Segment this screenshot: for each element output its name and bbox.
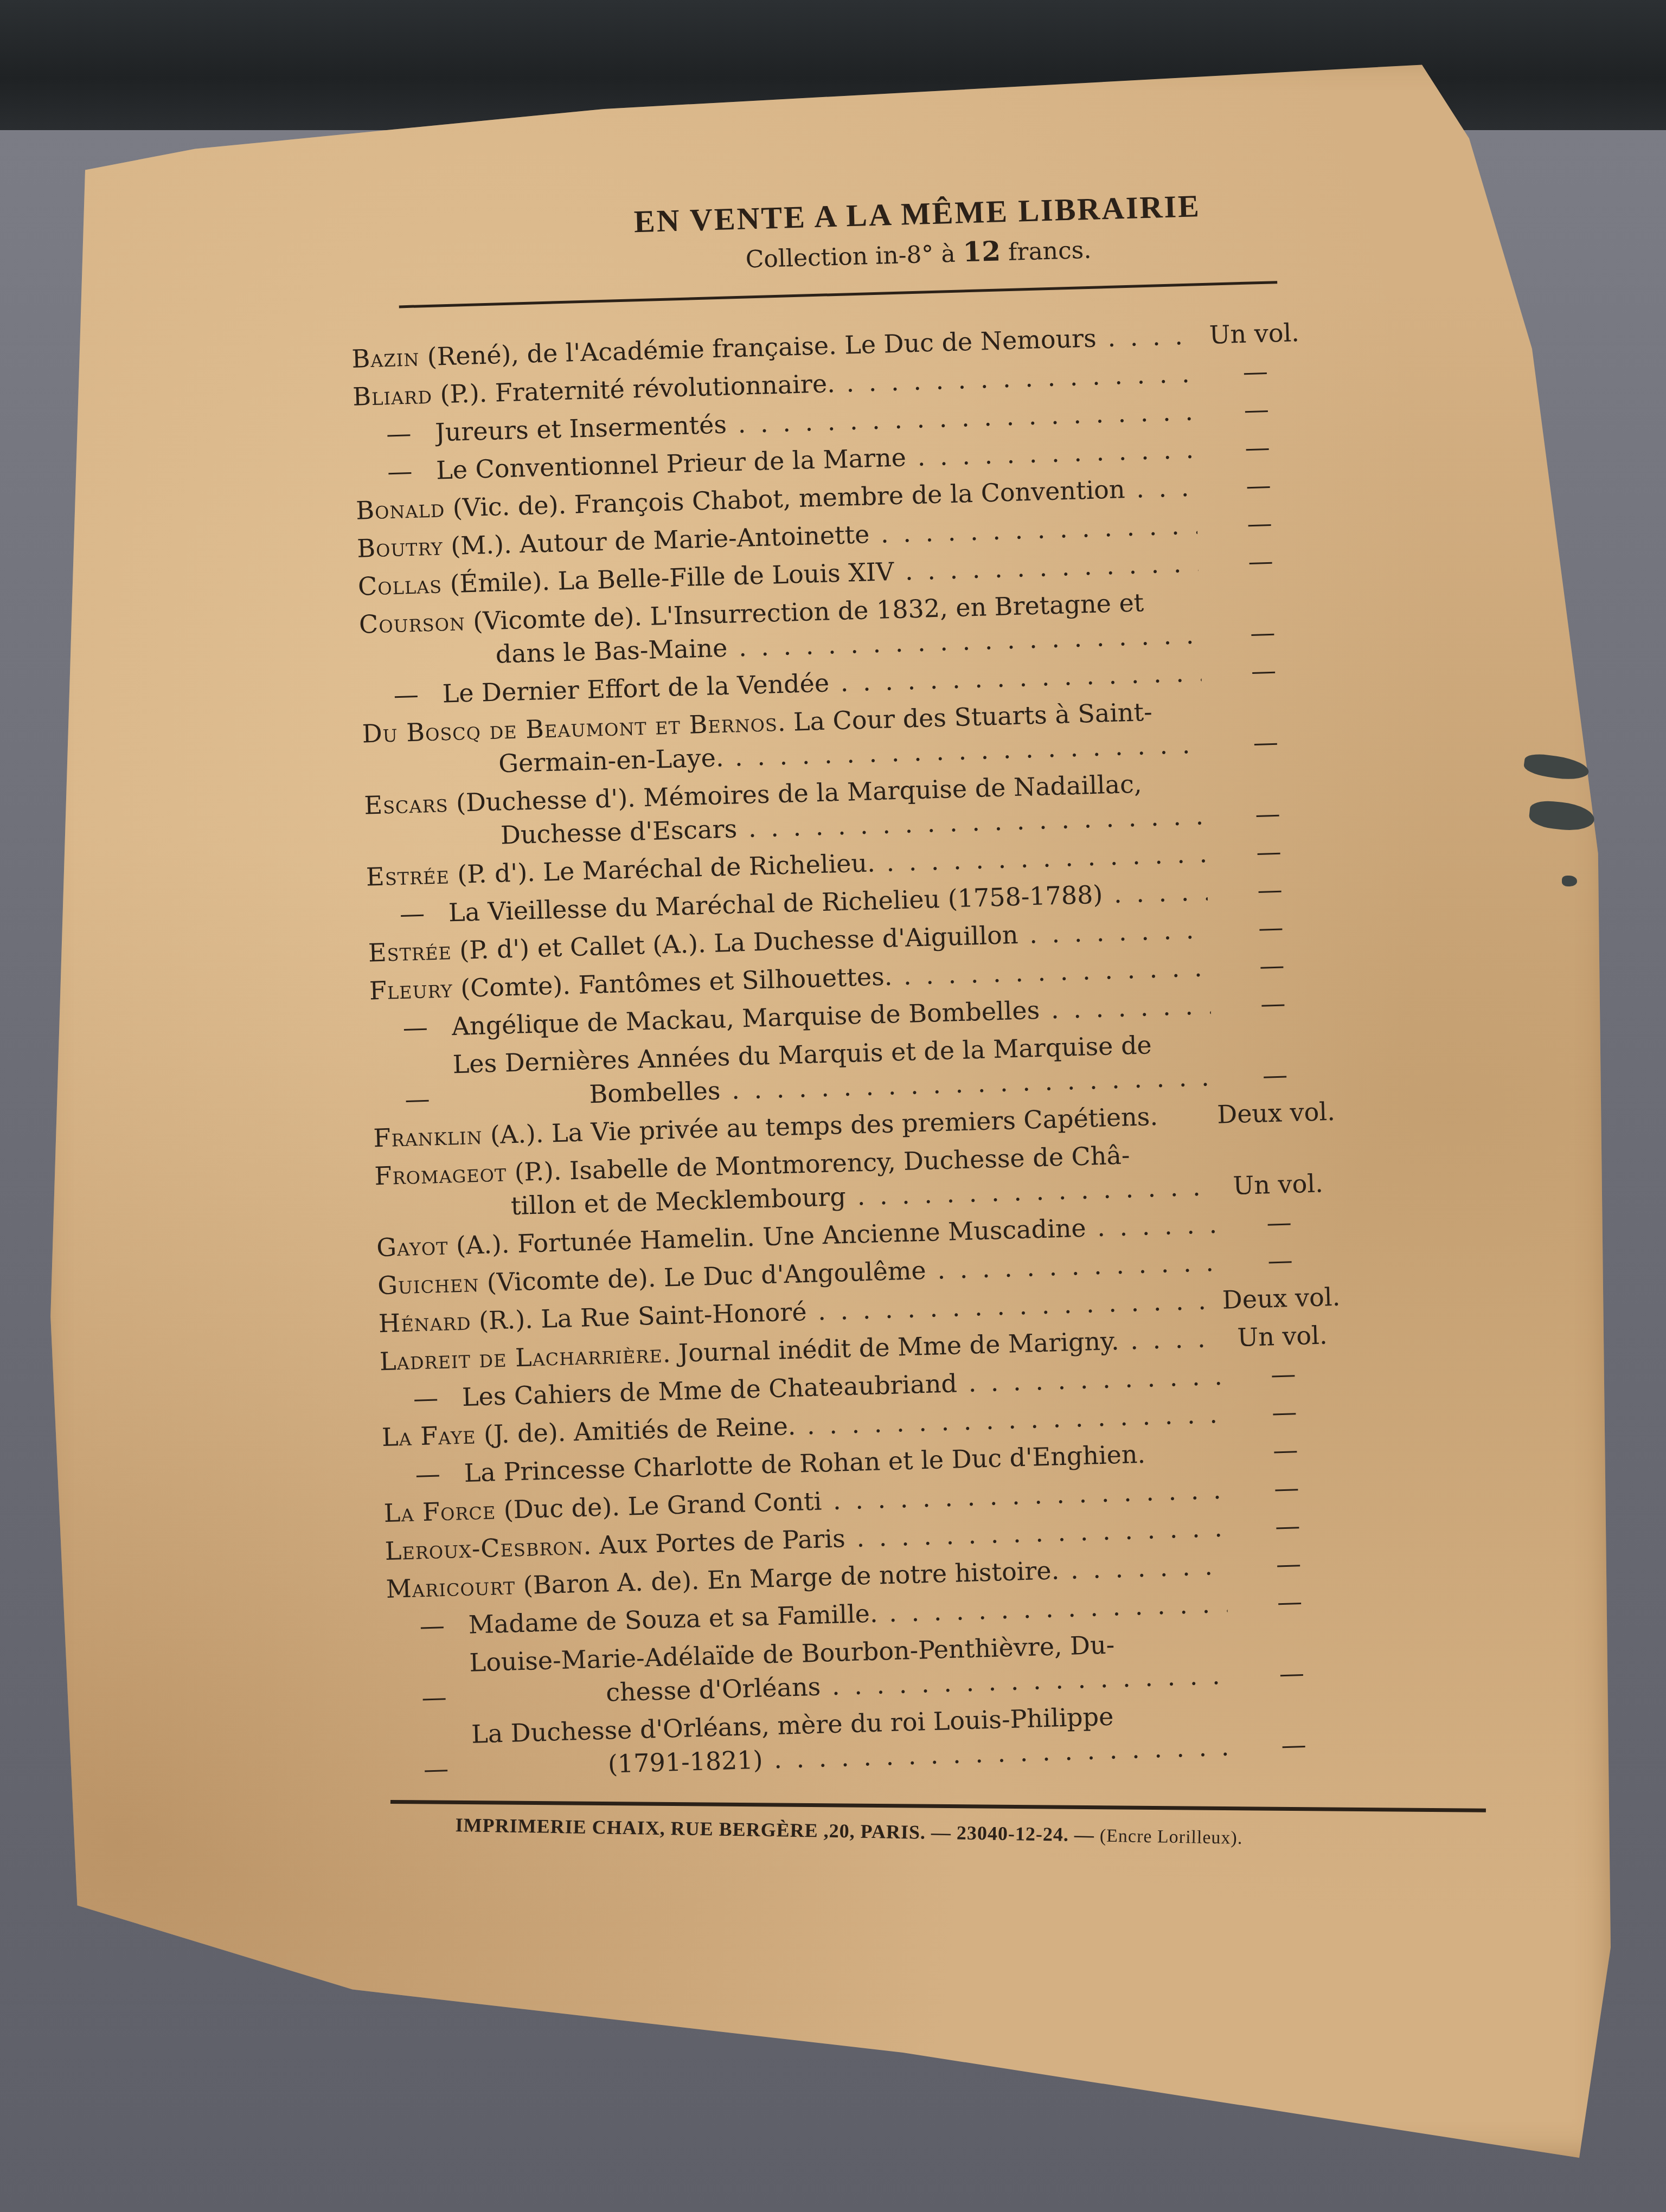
volume-count: — bbox=[1201, 652, 1327, 689]
header-rule bbox=[399, 281, 1278, 308]
ditto-dash: — bbox=[367, 896, 449, 931]
volume-count: — bbox=[1229, 1655, 1355, 1692]
author-name: Bliard bbox=[353, 380, 433, 411]
author-name: Boutry bbox=[356, 531, 443, 563]
author-details: (Duchesse d'). bbox=[448, 783, 636, 818]
author-details: (Vicomte de). bbox=[478, 1263, 656, 1297]
author-details: (Vicomte de). bbox=[465, 602, 643, 636]
author-details: (Émile). bbox=[441, 567, 550, 599]
author-name: Ladreit de Lacharrière bbox=[379, 1339, 663, 1377]
volume-count: — bbox=[1223, 1469, 1349, 1506]
author-details: (R.). bbox=[471, 1304, 534, 1335]
author-details: (Vic. de). bbox=[444, 490, 566, 523]
ink-note: (Encre Lorilleux). bbox=[1100, 1826, 1243, 1848]
ditto-dash: — bbox=[372, 1081, 454, 1117]
author-name: Bonald bbox=[355, 493, 445, 525]
volume-count: — bbox=[1226, 1545, 1351, 1582]
author-details: (Baron A. de). bbox=[515, 1566, 700, 1600]
volume-count: — bbox=[1194, 391, 1319, 428]
ditto-dash: — bbox=[389, 1680, 471, 1715]
book-list: Bazin (René), de l'Académie française. L… bbox=[351, 312, 1465, 1787]
volume-count: Deux vol. bbox=[1213, 1095, 1339, 1131]
volume-count: — bbox=[1207, 871, 1333, 908]
author-name: La Faye bbox=[381, 1420, 476, 1452]
author-name: Escars bbox=[364, 788, 449, 820]
volume-count: — bbox=[1206, 833, 1332, 870]
author-name: Estrée bbox=[366, 860, 450, 891]
volume-count: — bbox=[1208, 909, 1334, 946]
ditto-dash: — bbox=[380, 1380, 463, 1416]
volume-count: — bbox=[1216, 1204, 1342, 1241]
ditto-dash: — bbox=[354, 454, 437, 490]
catalog-page: EN VENTE A LA MÊME LIBRAIRIE Collection … bbox=[347, 165, 1465, 1791]
volume-count: — bbox=[1210, 985, 1336, 1022]
author-name: Collas bbox=[357, 569, 442, 601]
volume-count: — bbox=[1218, 1242, 1343, 1279]
volume-count: Un vol. bbox=[1215, 1166, 1341, 1203]
subtitle-price: 12 bbox=[963, 235, 1001, 268]
volume-count: Deux vol. bbox=[1219, 1279, 1344, 1316]
volume-count: — bbox=[1221, 1355, 1347, 1392]
volume-count: — bbox=[1205, 795, 1331, 832]
book-title: Le Duc de Nemours bbox=[836, 319, 1193, 360]
stain-mark bbox=[1562, 876, 1577, 886]
author-details: (Duc de). bbox=[495, 1492, 620, 1525]
author-details: (P.). bbox=[432, 378, 488, 409]
volume-count: — bbox=[1195, 429, 1321, 466]
author-details: (J. de). bbox=[476, 1418, 566, 1450]
author-name: Franklin bbox=[373, 1121, 483, 1153]
ditto-dash: — bbox=[353, 416, 435, 452]
ditto-dash: — bbox=[387, 1608, 469, 1644]
author-name: Bazin bbox=[351, 342, 420, 373]
volume-count: — bbox=[1209, 947, 1335, 984]
ditto-dash: — bbox=[361, 677, 443, 712]
author-details: (A.). bbox=[482, 1119, 544, 1150]
ditto-dash: — bbox=[382, 1456, 465, 1492]
author-name: Leroux-Cesbron bbox=[385, 1531, 584, 1566]
author-name: Fleury bbox=[369, 974, 453, 1005]
author-name: Estrée bbox=[368, 936, 452, 967]
author-details: (M.). bbox=[443, 530, 512, 561]
volume-count: — bbox=[1227, 1583, 1353, 1620]
author-details: . bbox=[777, 708, 786, 737]
author-name: Gayot bbox=[376, 1231, 448, 1263]
volume-count: — bbox=[1225, 1507, 1350, 1544]
author-details: (A.). bbox=[448, 1229, 510, 1260]
author-details: (P.). bbox=[506, 1156, 562, 1187]
author-name: La Force bbox=[383, 1495, 496, 1528]
volume-count: — bbox=[1197, 505, 1323, 542]
volume-count: — bbox=[1196, 467, 1322, 504]
volume-count: Un vol. bbox=[1191, 315, 1317, 352]
subtitle-suffix: francs. bbox=[1000, 236, 1091, 267]
volume-count: — bbox=[1222, 1431, 1348, 1468]
volume-count: — bbox=[1200, 614, 1325, 651]
author-name: Maricourt bbox=[386, 1571, 516, 1604]
ditto-dash: — bbox=[390, 1751, 473, 1787]
volume-count: — bbox=[1222, 1393, 1348, 1430]
author-details: (René), de l'Académie française. bbox=[419, 331, 837, 371]
volume-count: Un vol. bbox=[1220, 1317, 1345, 1354]
author-details: (Comte). bbox=[452, 970, 571, 1003]
volume-count: — bbox=[1231, 1726, 1357, 1763]
author-name: Courson bbox=[358, 607, 465, 639]
author-details: (P. d') et Callet (A.). bbox=[451, 929, 706, 965]
volume-count: — bbox=[1212, 1057, 1338, 1094]
author-name: Guichen bbox=[377, 1268, 479, 1300]
ditto-dash: — bbox=[370, 1009, 452, 1045]
subtitle-prefix: Collection in-8° à bbox=[745, 240, 963, 273]
volume-count: — bbox=[1203, 724, 1329, 761]
author-name: Fromageot bbox=[374, 1158, 507, 1191]
author-details: (P. d'). bbox=[449, 858, 536, 889]
author-name: Hénard bbox=[378, 1306, 471, 1338]
volume-count: — bbox=[1193, 353, 1318, 390]
volume-count: — bbox=[1198, 543, 1324, 580]
